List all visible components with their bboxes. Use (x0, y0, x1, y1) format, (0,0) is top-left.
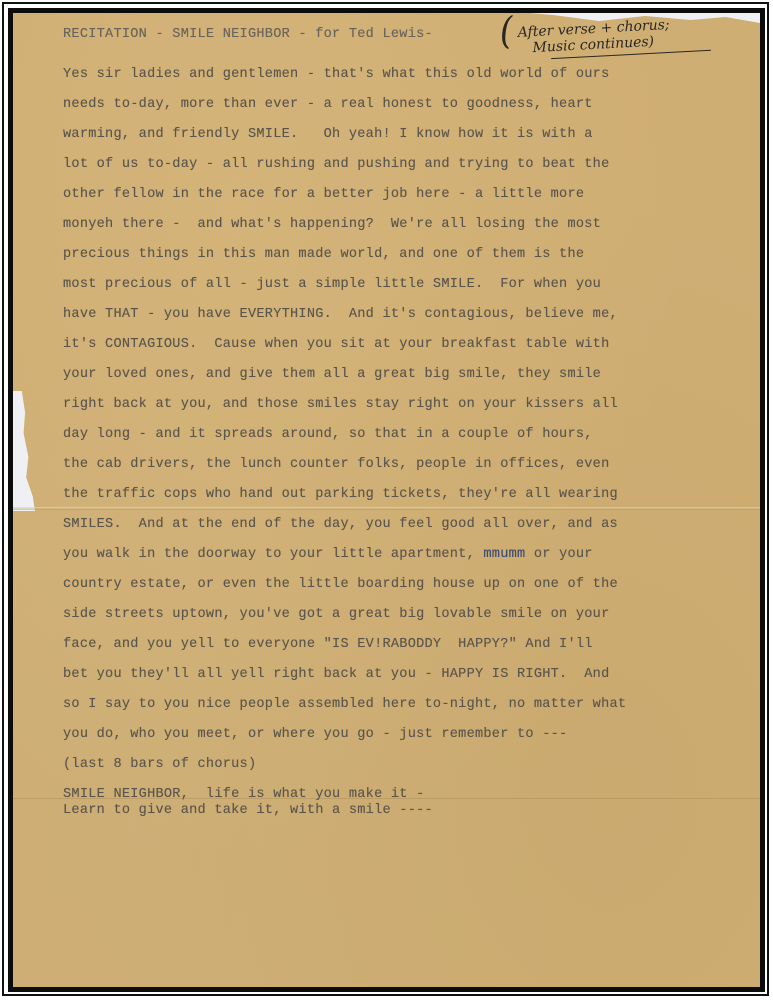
body-line: it's CONTAGIOUS. Cause when you sit at y… (63, 337, 610, 352)
body-line: warming, and friendly SMILE. Oh yeah! I … (63, 127, 593, 142)
body-line: bet you they'll all yell right back at y… (63, 667, 610, 682)
body-line: the traffic cops who hand out parking ti… (63, 487, 618, 502)
body-line: SMILES. And at the end of the day, you f… (63, 517, 618, 532)
body-line: so I say to you nice people assembled he… (63, 697, 626, 712)
lyric-line: Learn to give and take it, with a smile … (63, 803, 433, 818)
body-line: the cab drivers, the lunch counter folks… (63, 457, 610, 472)
body-line: Yes sir ladies and gentlemen - that's wh… (63, 67, 610, 82)
body-line: most precious of all - just a simple lit… (63, 277, 601, 292)
text-segment: or your (525, 547, 592, 562)
paper-fold-crease (13, 507, 760, 510)
body-line: day long - and it spreads around, so tha… (63, 427, 593, 442)
body-line: monyeh there - and what's happening? We'… (63, 217, 601, 232)
typed-strikeout: mmumm (483, 547, 525, 562)
body-line: face, and you yell to everyone "IS EV!RA… (63, 637, 593, 652)
body-line: your loved ones, and give them all a gre… (63, 367, 601, 382)
paper-sheet: RECITATION - SMILE NEIGHBOR - for Ted Le… (13, 13, 760, 987)
document-title: RECITATION - SMILE NEIGHBOR - for Ted Le… (63, 27, 433, 42)
body-line: country estate, or even the little board… (63, 577, 618, 592)
body-line: right back at you, and those smiles stay… (63, 397, 618, 412)
body-line: lot of us to-day - all rushing and pushi… (63, 157, 610, 172)
body-line: needs to-day, more than ever - a real ho… (63, 97, 593, 112)
body-line: precious things in this man made world, … (63, 247, 584, 262)
handwritten-note: ( After verse + chorus; Music continues) (509, 13, 750, 58)
body-line: you do, who you meet, or where you go - … (63, 727, 567, 742)
lyric-line: SMILE NEIGHBOR, life is what you make it… (63, 787, 425, 802)
torn-paper-edge-left (13, 391, 35, 511)
handwritten-paren: ( (499, 22, 513, 40)
body-line: other fellow in the race for a better jo… (63, 187, 584, 202)
text-segment: you walk in the doorway to your little a… (63, 547, 483, 562)
body-line-apartment: you walk in the doorway to your little a… (63, 547, 593, 562)
body-line: side streets uptown, you've got a great … (63, 607, 610, 622)
body-line: have THAT - you have EVERYTHING. And it'… (63, 307, 618, 322)
document-frame: RECITATION - SMILE NEIGHBOR - for Ted Le… (8, 8, 765, 992)
stage-direction: (last 8 bars of chorus) (63, 757, 256, 772)
